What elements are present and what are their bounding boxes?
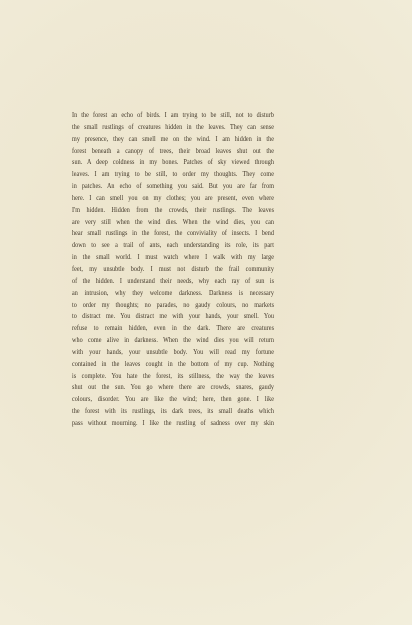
text-line: the small rustlings of creatures hidden … <box>72 121 274 133</box>
text-line: of the hidden. I understand their needs,… <box>72 275 274 287</box>
text-line: in the small world. I must watch where I… <box>72 251 274 263</box>
paragraph: In the forest an echo of birds. I am try… <box>72 109 274 429</box>
text-line: hear small rustlings in the forest, the … <box>72 227 274 239</box>
text-line: to distract me. You distract me with you… <box>72 310 274 322</box>
text-line: down to see a trail of ants, each unders… <box>72 239 274 251</box>
book-page: In the forest an echo of birds. I am try… <box>0 0 412 625</box>
text-line: forest beneath a canopy of trees, their … <box>72 145 274 157</box>
text-line: is complete. You hate the forest, its st… <box>72 370 274 382</box>
text-line: contained in the leaves cought in the bo… <box>72 358 274 370</box>
text-line: shut out the sun. You go where there are… <box>72 381 274 393</box>
text-line: with your hands, your unsubtle body. You… <box>72 346 274 358</box>
text-line: the forest with its rustlings, its dark … <box>72 405 274 417</box>
text-line: colours, disorder. You are like the wind… <box>72 393 274 405</box>
text-line: feet, my unsubtle body. I must not distu… <box>72 263 274 275</box>
text-line: to order my thoughts; no parades, no gau… <box>72 299 274 311</box>
text-line: my presence, they can smell me on the wi… <box>72 133 274 145</box>
text-line: pass without mourning. I like the rustli… <box>72 417 274 429</box>
text-line: are very still when the wind dies. When … <box>72 216 274 228</box>
text-line: refuse to remain hidden, even in the dar… <box>72 322 274 334</box>
text-line: in patches. An echo of something you sai… <box>72 180 274 192</box>
text-line: sun. A deep coldness in my bones. Patche… <box>72 156 274 168</box>
text-line: leaves. I am trying to be still, to orde… <box>72 168 274 180</box>
text-line: an intrusion, why they welcome darkness.… <box>72 287 274 299</box>
text-line: here. I can smell you on my clothes; you… <box>72 192 274 204</box>
text-line: I'm hidden. Hidden from the crowds, thei… <box>72 204 274 216</box>
text-line: who come alive in darkness. When the win… <box>72 334 274 346</box>
text-line: In the forest an echo of birds. I am try… <box>72 109 274 121</box>
